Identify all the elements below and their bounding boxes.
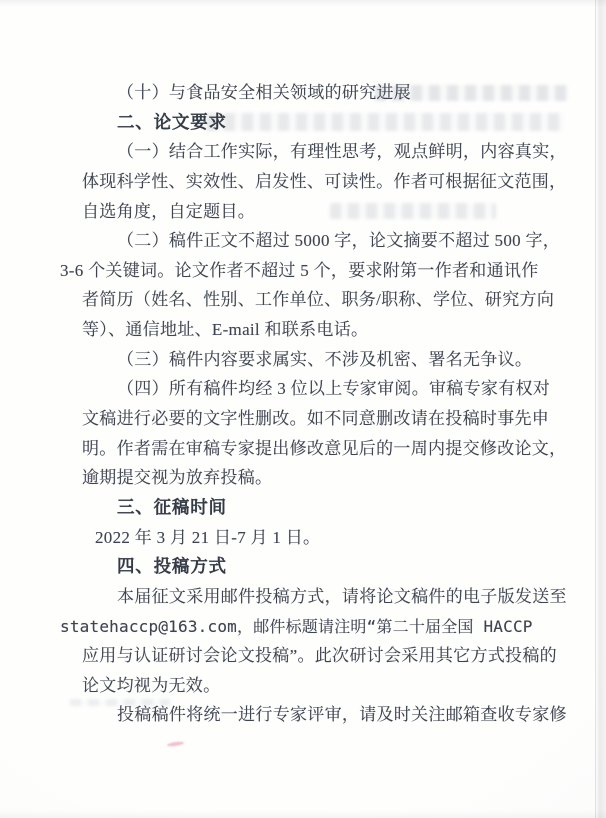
text-line: 自选角度，自定题目。 xyxy=(82,197,554,227)
text-line: 文稿进行必要的文字性删改。如不同意删改请在投稿时事先申 xyxy=(82,404,554,434)
scan-bottom-edge-shadow xyxy=(0,810,606,818)
text-line: 论文均视为无效。 xyxy=(82,671,554,701)
text-line: 3-6 个关键词。论文作者不超过 5 个，要求附第一作者和通讯作 xyxy=(60,256,554,286)
document-body: （十）与食品安全相关领域的研究进展二、论文要求（一）结合工作实际，有理性思考，观… xyxy=(82,78,554,730)
text-line: 明。作者需在审稿专家提出修改意见后的一周内提交修改论文， xyxy=(82,434,554,464)
text-line: 逾期提交视为放弃投稿。 xyxy=(82,463,554,493)
scanned-document-page: （十）与食品安全相关领域的研究进展二、论文要求（一）结合工作实际，有理性思考，观… xyxy=(0,0,606,818)
paper-right-edge-shadow xyxy=(595,0,606,818)
text-line: （一）结合工作实际，有理性思考，观点鲜明，内容真实， xyxy=(82,137,554,167)
text-line: 2022 年 3 月 21 日-7 月 1 日。 xyxy=(60,523,554,553)
section-heading: 四、投稿方式 xyxy=(82,552,554,582)
text-line: 投稿稿件将统一进行专家评审，请及时关注邮箱查收专家修 xyxy=(82,700,554,730)
scan-top-edge-shadow xyxy=(0,0,606,7)
section-heading: 三、征稿时间 xyxy=(82,493,554,523)
text-line: 本届征文采用邮件投稿方式，请将论文稿件的电子版发送至 xyxy=(82,582,554,612)
text-line: 者简历（姓名、性别、工作单位、职务/职称、学位、研究方向 xyxy=(82,285,554,315)
text-line: 应用与认证研讨会论文投稿”。此次研讨会采用其它方式投稿的 xyxy=(82,641,554,671)
text-line: （二）稿件正文不超过 5000 字，论文摘要不超过 500 字， xyxy=(82,226,554,256)
text-line: （三）稿件内容要求属实、不涉及机密、署名无争议。 xyxy=(82,345,554,375)
text-line: （四）所有稿件均经 3 位以上专家审阅。审稿专家有权对 xyxy=(82,374,554,404)
text-line: statehaccp@163.com，邮件标题请注明“第二十届全国 HACCP xyxy=(60,612,554,642)
text-line: 体现科学性、实效性、启发性、可读性。作者可根据征文范围， xyxy=(82,167,554,197)
pink-pen-mark xyxy=(167,741,184,747)
text-line: 等）、通信地址、E-mail 和联系电话。 xyxy=(82,315,554,345)
section-heading: 二、论文要求 xyxy=(82,108,554,138)
text-line: （十）与食品安全相关领域的研究进展 xyxy=(82,78,554,108)
